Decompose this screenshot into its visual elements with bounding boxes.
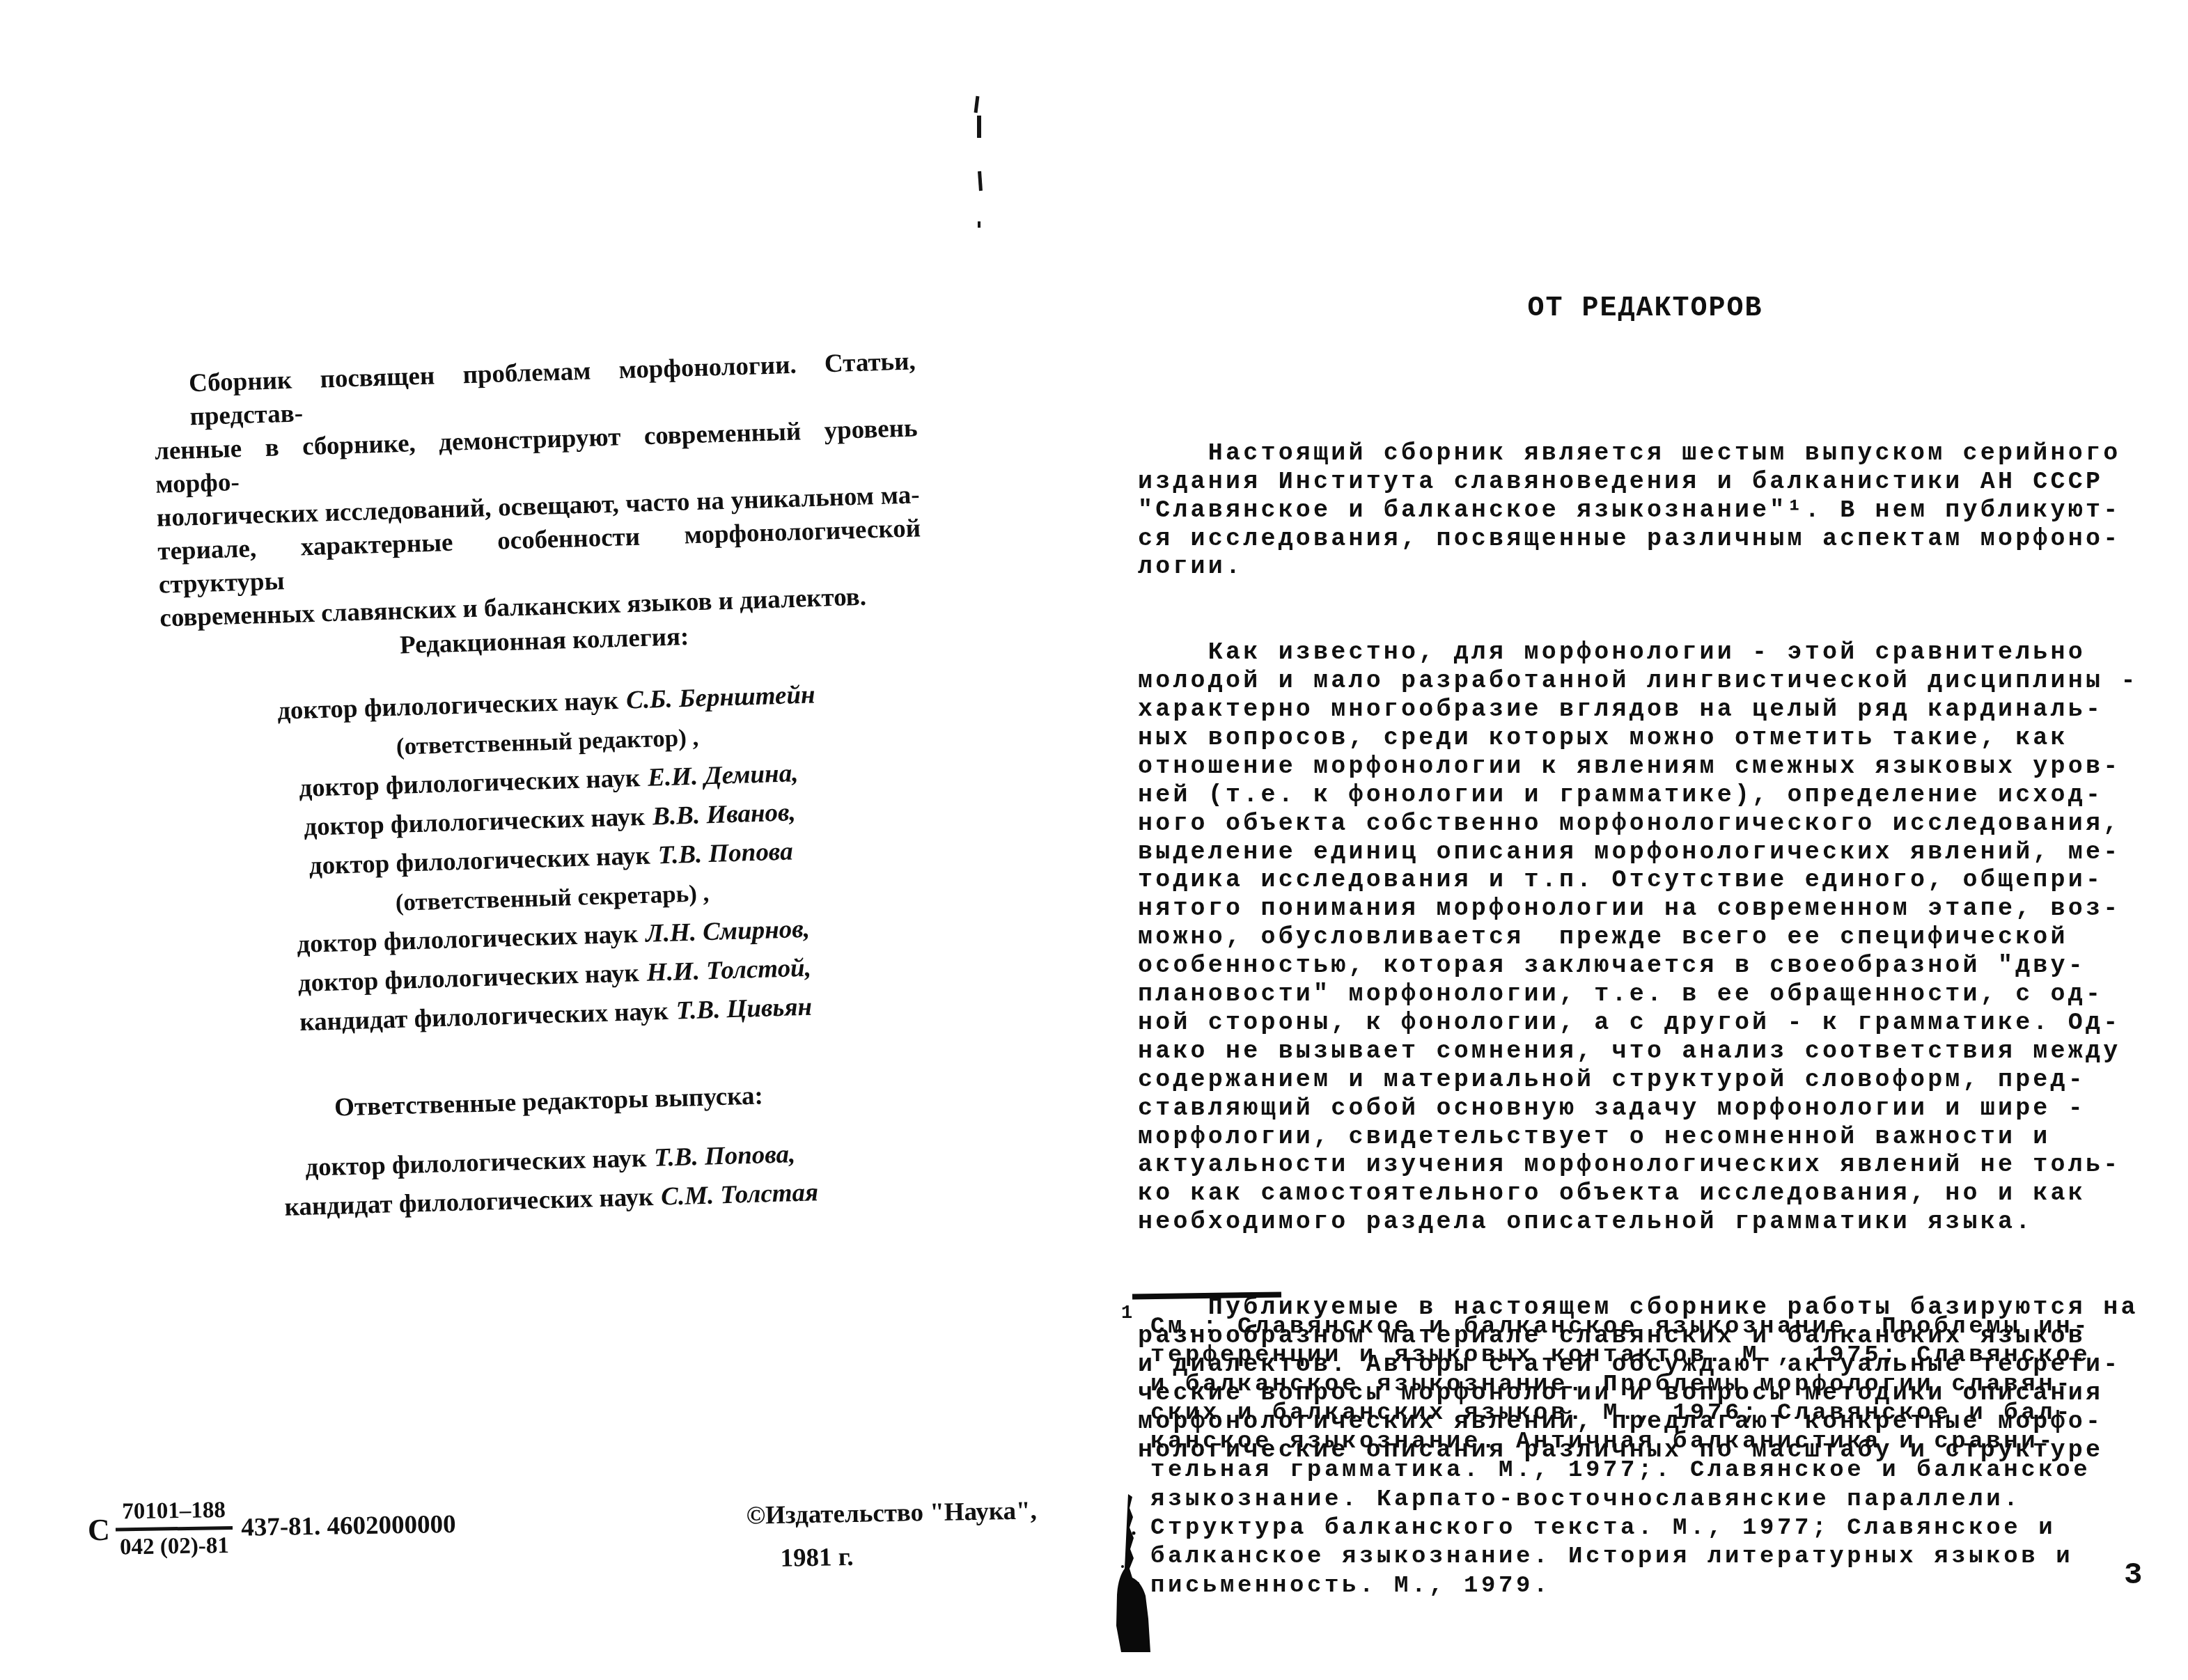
member-name: Т.В. Попова [657, 837, 793, 870]
ink-blob [1110, 1494, 1152, 1680]
member-name: Т.В. Цивьян [675, 993, 812, 1026]
binding-mark [974, 96, 980, 113]
member-name: Т.В. Попова, [654, 1140, 796, 1172]
footnote-marker: 1 [1121, 1303, 1132, 1324]
paragraph: Как известно, для морфонологии - этой ср… [1138, 638, 2139, 1237]
member-degree: кандидат филологических наук [299, 997, 669, 1037]
binding-mark [977, 116, 981, 138]
scanned-book-spread: Сборник посвящен проблемам морфонологии.… [0, 0, 2188, 1680]
member-name: В.В. Иванов, [653, 798, 797, 831]
member-degree: доктор филологических наук [299, 764, 641, 803]
page-number: 3 [2124, 1558, 2142, 1593]
editorial-board: Редакционная коллегия: доктор филологиче… [262, 617, 838, 1043]
member-name: Е.И. Демина, [648, 759, 799, 792]
member-degree: доктор филологических наук [277, 686, 619, 725]
catalog-fraction: 70101–188 042 (02)-81 [115, 1496, 233, 1562]
member-degree: доктор филологических наук [304, 803, 646, 842]
fraction-denominator: 042 (02)-81 [120, 1530, 229, 1561]
page-title: ОТ РЕДАКТОРОВ [1142, 293, 2148, 325]
fraction-numerator: 70101–188 [115, 1496, 233, 1532]
member-degree: кандидат филологических наук [284, 1183, 654, 1222]
catalog-code: С 70101–188 042 (02)-81 437-81. 46020000… [87, 1493, 456, 1562]
issue-editors-heading: Ответственные редакторы выпуска: [266, 1078, 831, 1126]
copyright-publisher: ©Издательство "Наука", [746, 1494, 1037, 1532]
series-letter: С [88, 1512, 111, 1548]
abstract: Сборник посвящен проблемам морфонологии.… [152, 345, 923, 635]
catalog-number: 437-81. 4602000000 [241, 1509, 456, 1543]
member-name: С.М. Толстая [661, 1178, 819, 1211]
member-degree: доктор филологических наук [305, 1144, 647, 1182]
member-degree: доктор филологических наук [297, 959, 639, 998]
member-name: Н.И. Толстой, [646, 954, 811, 987]
member-degree: доктор филологических наук [308, 842, 650, 881]
member-name: Л.Н. Смирнов, [646, 915, 811, 948]
member-name: С.Б. Бернштейн [625, 680, 815, 714]
footnote: См.: Славянское и балканское языкознание… [1150, 1313, 2091, 1601]
binding-mark [978, 221, 980, 228]
binding-mark [978, 171, 983, 191]
issue-editors: Ответственные редакторы выпуска: доктор … [266, 1078, 834, 1228]
copyright: ©Издательство "Наука", 1981 г. [746, 1494, 1038, 1576]
member-degree: доктор филологических наук [297, 920, 639, 959]
paragraph: Настоящий сборник является шестым выпуск… [1138, 439, 2139, 582]
copyright-year: 1981 г. [747, 1537, 1038, 1576]
